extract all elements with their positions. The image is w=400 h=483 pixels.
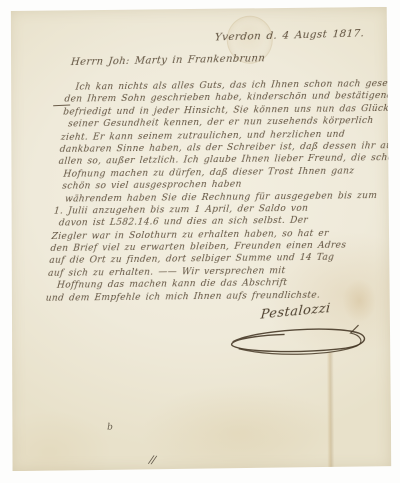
salutation-recipient: Herrn Joh: Marty in Frankenbrunn [70, 53, 265, 68]
signature-flourish [225, 321, 375, 364]
pencil-mark-slashes: // [149, 453, 156, 467]
body-line: und dem Empfehle ich mich Ihnen aufs fre… [45, 289, 382, 305]
signature: Pestalozzi [260, 301, 331, 323]
letter-body: Ich kan nichts als alles Guts, das ich I… [45, 78, 400, 305]
scanned-letter-photo: Yverdon d. 4 Augst 1817. Herrn Joh: Mart… [0, 0, 400, 483]
pencil-mark-b: b [107, 423, 113, 433]
fold-crease [327, 352, 335, 474]
letter-paper-sheet: Yverdon d. 4 Augst 1817. Herrn Joh: Mart… [9, 7, 392, 471]
